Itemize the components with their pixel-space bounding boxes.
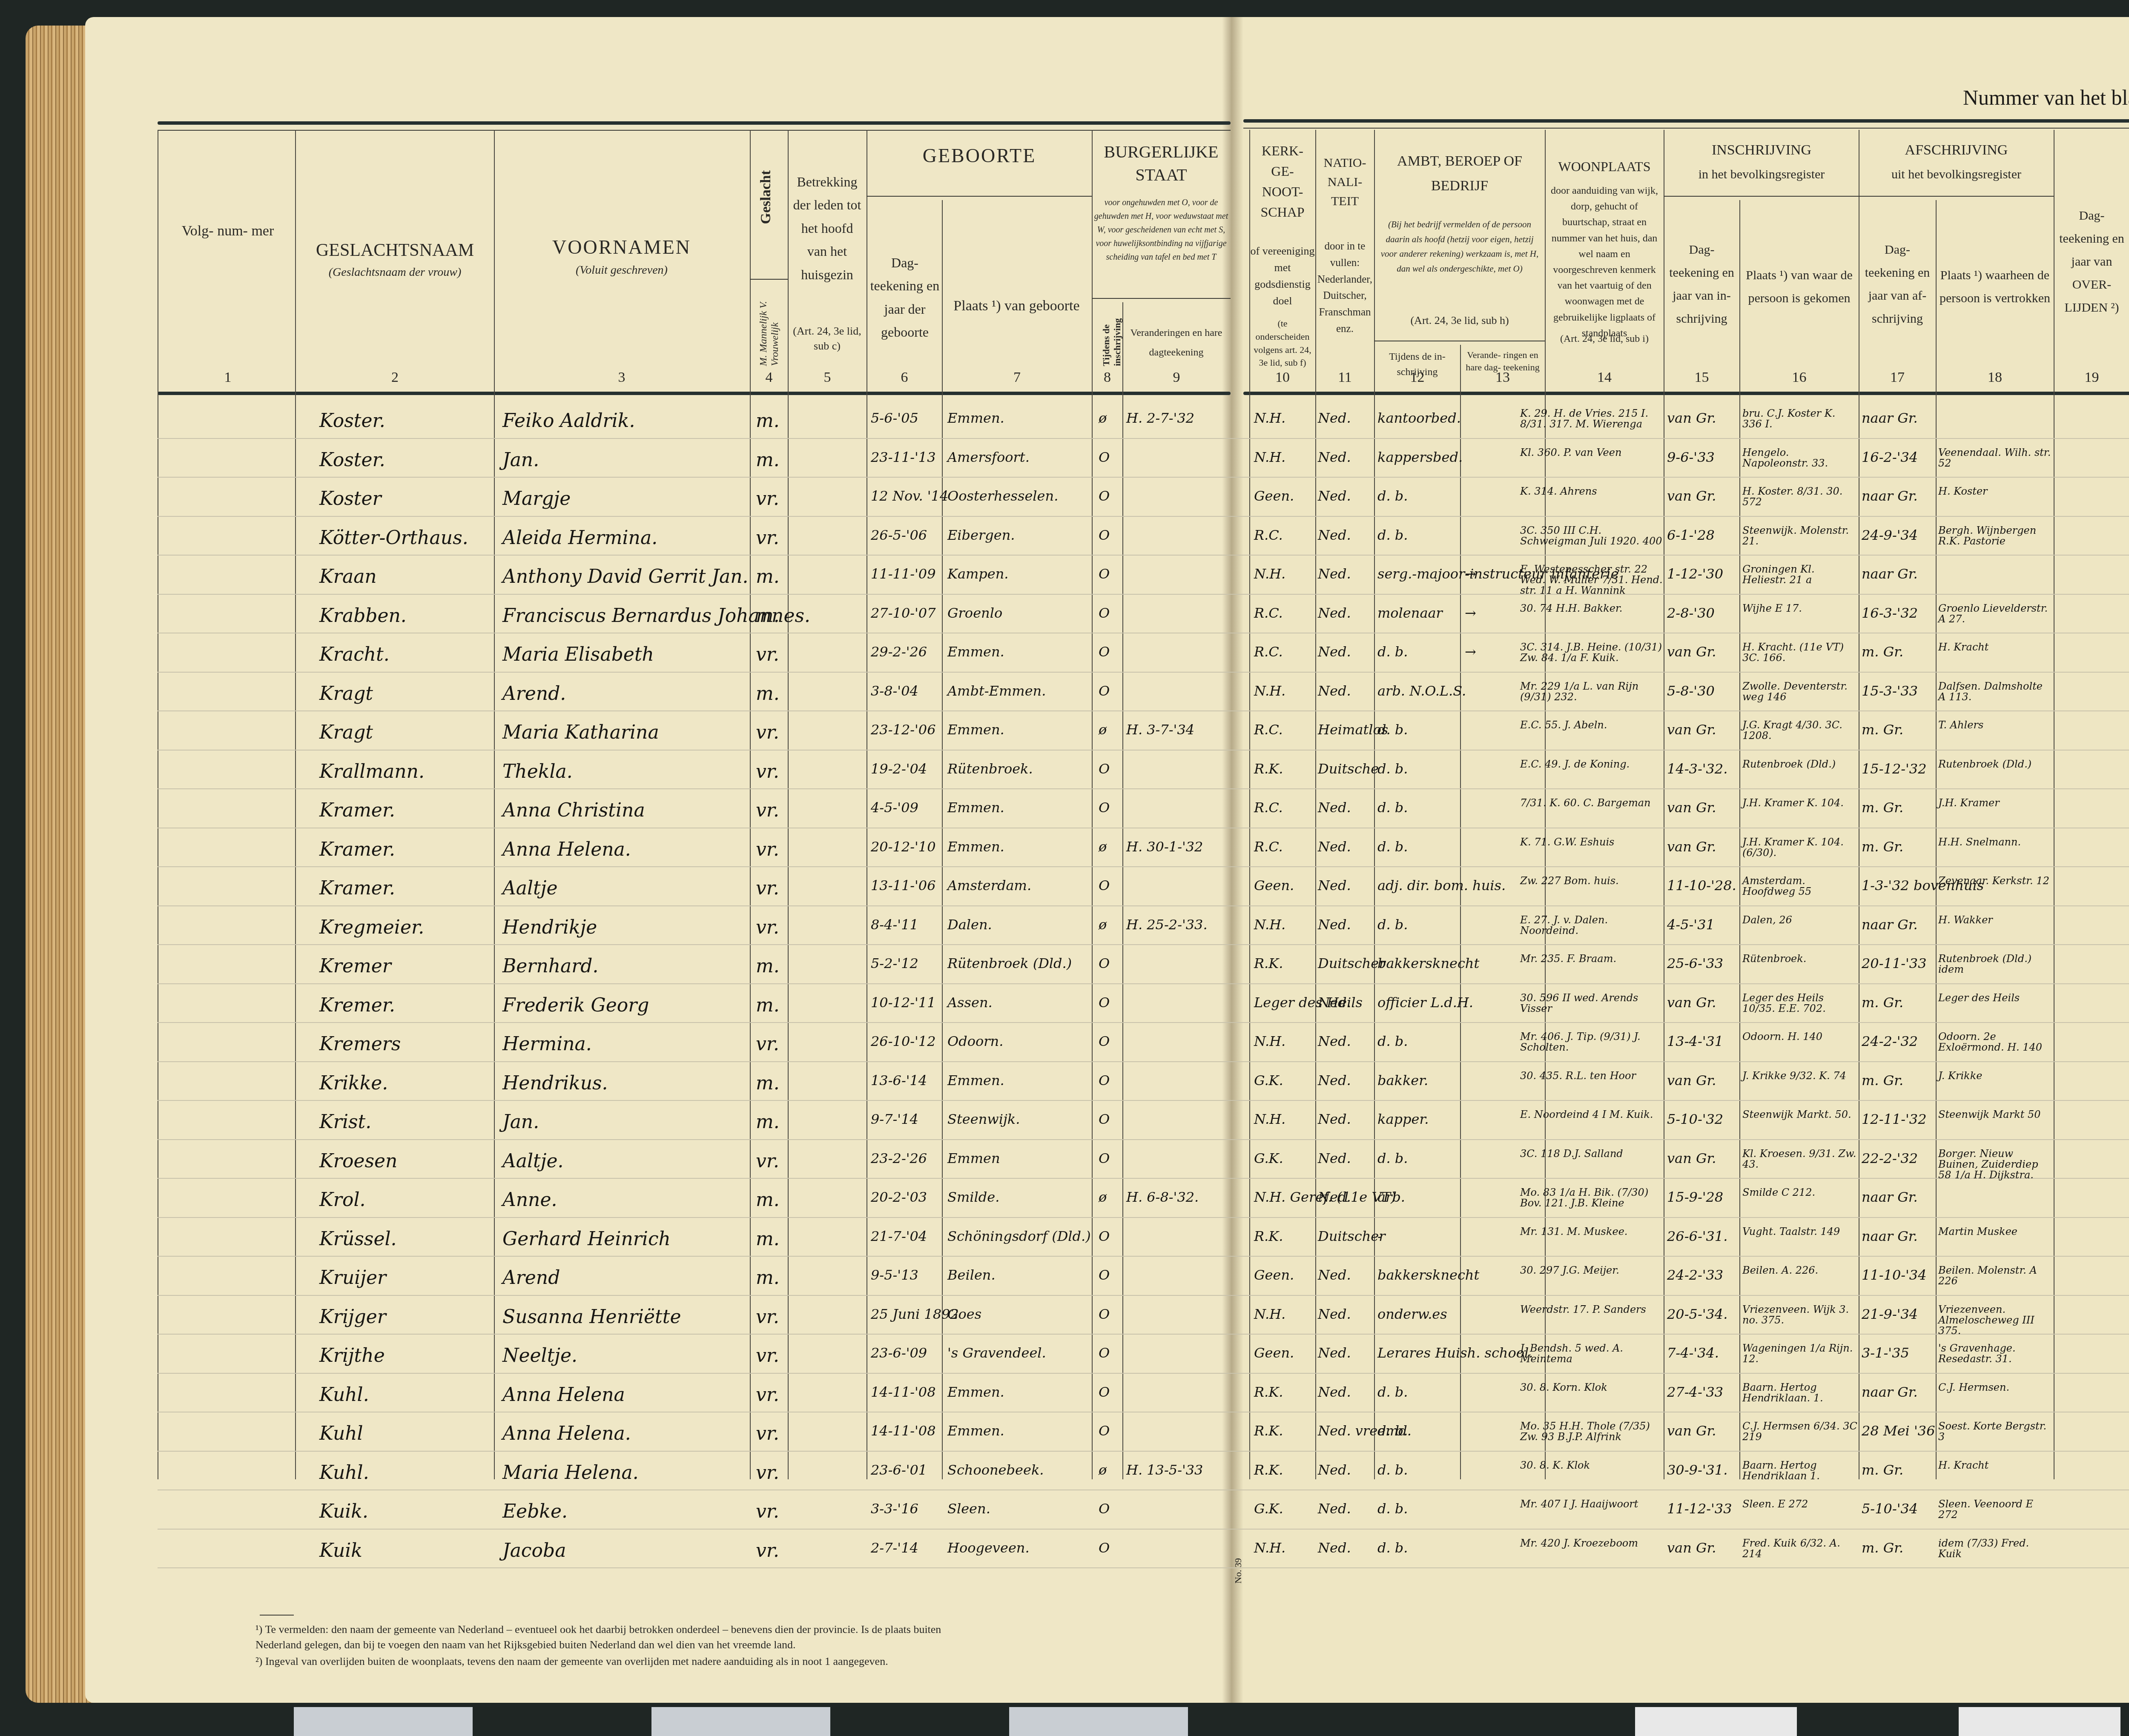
col-line: [1664, 130, 1664, 1479]
cell-job: d. b.: [1377, 1033, 1408, 1049]
cell-church: N.H.: [1254, 1306, 1285, 1322]
cell-in-date: 9-6-'33: [1667, 449, 1715, 465]
cell-sex: vr.: [756, 1423, 779, 1444]
cell-birth-place: Kampen.: [947, 566, 1009, 582]
cell-in-date: 25-6-'33: [1667, 955, 1723, 971]
cell-church: R.C.: [1254, 527, 1283, 543]
cell-given: Hermina.: [502, 1033, 592, 1055]
cell-sex: m.: [756, 605, 780, 627]
cell-civil: O: [1099, 605, 1110, 621]
cell-birth-place: Ambt-Emmen.: [947, 683, 1046, 699]
cell-residence: Mr. 229 1/a L. van Rijn (9/31) 232.: [1520, 681, 1663, 702]
cell-civil: O: [1099, 877, 1110, 894]
cell-job: d. b.: [1377, 761, 1408, 777]
cell-residence: 3C. 350 III C.H. Schweigman Juli 1920. 4…: [1520, 525, 1663, 547]
cell-birth-place: Goes: [947, 1306, 981, 1322]
cell-out-place: Leger des Heils: [1938, 993, 2020, 1003]
cell-job: d. b.: [1377, 1540, 1408, 1556]
cell-church: Geen.: [1254, 488, 1294, 504]
cell-in-place: Sleen. E 272: [1742, 1499, 1808, 1510]
cell-residence: J. Bendsh. 5 wed. A. Meintema: [1520, 1343, 1663, 1364]
cell-in-date: 20-5-'34.: [1667, 1306, 1727, 1322]
cell-out-date: naar Gr.: [1862, 917, 1918, 933]
cell-in-date: 26-6-'31.: [1667, 1228, 1727, 1244]
cell-job: d. b.: [1377, 1423, 1408, 1439]
cell-residence: 30. 435. R.L. ten Hoor: [1520, 1071, 1636, 1081]
cell-sex: vr.: [756, 761, 779, 782]
cell-residence: E. 27. J. v. Dalen. Noordeind.: [1520, 915, 1663, 936]
cell-out-place: Soest. Korte Bergstr. 3: [1938, 1421, 2053, 1442]
cell-birth-date: 14-11-'08: [871, 1423, 936, 1439]
cell-in-date: van Gr.: [1667, 1540, 1716, 1556]
cell-job-change: →: [1465, 644, 1476, 660]
cell-surname: Kramer.: [319, 839, 395, 860]
print-mark: No. 39: [1233, 1558, 1244, 1584]
cell-out-place: C.J. Hermsen.: [1938, 1382, 2009, 1393]
header-voornamen: VOORNAMEN: [496, 234, 747, 261]
cell-in-date: 11-10-'28.: [1667, 877, 1736, 894]
cell-church: N.H.: [1254, 917, 1285, 933]
cell-in-place: Vught. Taalstr. 149: [1742, 1226, 1840, 1237]
header-top-rule-left: [158, 121, 1231, 125]
cell-nat: Ned.: [1318, 1267, 1351, 1283]
cell-in-date: 14-3-'32.: [1667, 761, 1727, 777]
col-num-19: 19: [2054, 370, 2129, 386]
cell-given: Aaltje.: [502, 1150, 563, 1172]
header-geslacht: Geslacht: [758, 170, 774, 224]
cell-birth-date: 8-4-'11: [871, 917, 918, 933]
cell-in-place: Wageningen 1/a Rijn. 12.: [1742, 1343, 1857, 1364]
cell-civil: O: [1099, 1150, 1110, 1166]
header-inschrijving-dag: Dag- teekening en jaar van in- schrijvin…: [1664, 238, 1739, 330]
cell-birth-place: Emmen.: [947, 1072, 1004, 1089]
header-geboorte-dag: Dag- teekening en jaar der geboorte: [869, 251, 941, 344]
col-num-8: 8: [1093, 370, 1122, 386]
header-inschrijving: INSCHRIJVING: [1665, 140, 1858, 160]
header-burgerlijke-staat: BURGERLIJKE STAAT: [1093, 140, 1229, 186]
cell-birth-date: 23-11-'13: [871, 449, 936, 465]
cell-out-date: 5-10-'34: [1862, 1501, 1918, 1517]
header-tijdens-inschrijving: Tijdens de inschrijving: [1101, 307, 1123, 366]
ruled-line: [158, 1100, 2129, 1101]
footnote-rule: [260, 1615, 294, 1616]
cell-civil: O: [1099, 799, 1110, 816]
cell-given: Anna Helena.: [502, 1423, 631, 1444]
col-num-18: 18: [1937, 370, 2053, 386]
cell-in-place: Rütenbroek.: [1742, 954, 1807, 964]
cell-civil-change: H. 30-1-'32: [1126, 839, 1203, 855]
cell-out-date: 15-3-'33: [1862, 683, 1918, 699]
cell-out-place: Rutenbroek (Dld.) idem: [1938, 954, 2053, 975]
cell-out-date: m. Gr.: [1862, 722, 1903, 738]
cell-birth-place: Assen.: [947, 994, 993, 1011]
cell-in-date: 4-5-'31: [1667, 917, 1715, 933]
cell-given: Anne.: [502, 1189, 557, 1211]
cell-birth-place: Dalen.: [947, 917, 992, 933]
cell-out-date: 24-2-'32: [1862, 1033, 1918, 1049]
cell-in-place: Leger des Heils 10/35. E.E. 702.: [1742, 993, 1857, 1014]
cell-sex: m.: [756, 1267, 780, 1289]
cell-birth-place: Steenwijk.: [947, 1111, 1020, 1127]
cell-out-place: H. Kracht: [1938, 1460, 1988, 1471]
header-afschrijving-sub: uit het bevolkingsregister: [1859, 166, 2053, 183]
cell-birth-date: 5-6-'05: [871, 410, 918, 426]
cell-surname: Kramer.: [319, 877, 395, 899]
cell-given: Bernhard.: [502, 955, 599, 977]
cell-birth-place: Emmen.: [947, 644, 1004, 660]
cell-birth-date: 23-12-'06: [871, 722, 936, 738]
cell-church: N.H.: [1254, 1540, 1285, 1556]
cell-out-date: m. Gr.: [1862, 1462, 1903, 1478]
cell-nat: Ned.: [1318, 1072, 1351, 1089]
cell-out-date: m. Gr.: [1862, 839, 1903, 855]
cell-birth-date: 23-6-'09: [871, 1345, 927, 1361]
cell-given: Hendrikje: [502, 917, 597, 938]
cell-nat: Ned.: [1318, 1384, 1351, 1400]
cell-job: kappersbed.: [1377, 449, 1463, 465]
header-woonplaats-sub: door aanduiding van wijk, dorp, gehucht …: [1547, 183, 1662, 341]
cell-surname: Kuik.: [319, 1501, 368, 1522]
header-ambt-art: (Art. 24, 3e lid, sub h): [1375, 313, 1544, 328]
cell-in-place: Steenwijk Markt. 50.: [1742, 1109, 1851, 1120]
cell-job: onderw.es: [1377, 1306, 1447, 1322]
cell-job: adj. dir. bom. huis.: [1377, 877, 1506, 894]
cell-civil-change: H. 13-5-'33: [1126, 1462, 1203, 1478]
cell-sex: m.: [756, 994, 780, 1016]
cell-job: d. b.: [1377, 1150, 1408, 1166]
cell-residence: 30. 74 H.H. Bakker.: [1520, 603, 1622, 614]
header-ambt-note: (Bij het bedrijf vermelden of de persoon…: [1377, 217, 1542, 276]
col-num-3: 3: [496, 370, 747, 386]
scale-bar-patch: [1959, 1707, 2120, 1736]
cell-out-place: Veenendaal. Wilh. str. 52: [1938, 447, 2053, 469]
cell-nat: Ned.: [1318, 683, 1351, 699]
cell-in-place: H. Kracht. (11e VT) 3C. 166.: [1742, 642, 1857, 663]
header-top-thin-left: [158, 130, 1231, 131]
cell-in-date: van Gr.: [1667, 799, 1716, 816]
cell-birth-date: 29-2-'26: [871, 644, 927, 660]
cell-civil-change: H. 25-2-'33.: [1126, 917, 1208, 933]
ruled-line: [158, 438, 2129, 439]
cell-sex: vr.: [756, 722, 779, 743]
cell-out-date: m. Gr.: [1862, 644, 1903, 660]
header-geslachtsnaam-sub: (Geslachtsnaam der vrouw): [329, 266, 462, 279]
inschrijving-sub-rule: [1664, 196, 2054, 197]
cell-given: Maria Helena.: [502, 1462, 639, 1484]
cell-church: G.K.: [1254, 1072, 1283, 1089]
col-num-7: 7: [943, 370, 1091, 386]
cell-in-place: bru. C.J. Koster K. 336 I.: [1742, 408, 1857, 430]
cell-church: R.C.: [1254, 799, 1283, 816]
cell-nat: Ned.: [1318, 1540, 1351, 1556]
ledger-scan: Nummer van het blad Volg- num- mer GESLA…: [0, 0, 2129, 1736]
cell-in-place: Odoorn. H. 140: [1742, 1031, 1822, 1042]
cell-nat: Ned.: [1318, 799, 1351, 816]
cell-job: molenaar: [1377, 605, 1443, 621]
header-burgerlijke-staat-note: voor ongehuwden met O, voor de gehuwden …: [1093, 196, 1229, 264]
cell-in-place: J. Krikke 9/32. K. 74: [1742, 1071, 1846, 1081]
cell-in-date: van Gr.: [1667, 1072, 1716, 1089]
cell-birth-date: 13-11-'06: [871, 877, 936, 894]
cell-nat: Duitscher: [1318, 1228, 1386, 1244]
col-num-5: 5: [789, 370, 866, 386]
cell-church: R.C.: [1254, 644, 1283, 660]
cell-in-place: J.H. Kramer K. 104.: [1742, 798, 1844, 808]
cell-church: R.K.: [1254, 1462, 1283, 1478]
header-nationaliteit: NATIO- NALI- TEIT: [1316, 153, 1374, 211]
cell-job: d. b.: [1377, 722, 1408, 738]
cell-surname: Krikke.: [319, 1072, 388, 1094]
cell-nat: Ned.: [1318, 410, 1351, 426]
cell-residence: 3C. 314. J.B. Heine. (10/31) Zw. 84. 1/a…: [1520, 642, 1663, 663]
cell-job: bakkersknecht: [1377, 955, 1479, 971]
ruled-line: [158, 1295, 2129, 1296]
cell-nat: Ned.: [1318, 449, 1351, 465]
cell-job: d. b.: [1377, 527, 1408, 543]
header-inschrijving-sub: in het bevolkingsregister: [1665, 166, 1858, 183]
cell-surname: Kragt: [319, 722, 373, 743]
col-num-9: 9: [1123, 370, 1230, 386]
cell-in-place: Baarn. Hertog Hendriklaan. 1.: [1742, 1382, 1857, 1404]
header-kerkgenootschap-sub: of vereeniging met godsdienstig doel: [1250, 243, 1315, 309]
header-woonplaats: WOONPLAATS: [1546, 158, 1663, 176]
cell-in-date: 1-12-'30: [1667, 566, 1723, 582]
cell-out-date: 28 Mei '36: [1862, 1423, 1935, 1439]
cell-surname: Krijthe: [319, 1345, 385, 1366]
cell-civil: O: [1099, 1540, 1110, 1556]
cell-surname: Kuhl.: [319, 1462, 369, 1484]
cell-nat: Duitsche: [1318, 761, 1379, 777]
cell-out-place: J.H. Kramer: [1938, 798, 2000, 808]
cell-surname: Krijger: [319, 1306, 386, 1328]
cell-in-date: 13-4-'31: [1667, 1033, 1723, 1049]
cell-church: R.C.: [1254, 839, 1283, 855]
cell-birth-date: 10-12-'11: [871, 994, 936, 1011]
cell-out-place: Steenwijk Markt 50: [1938, 1109, 2041, 1120]
ruled-line: [158, 633, 2129, 633]
header-afschrijving-dag: Dag- teekening en jaar van af- schrijvin…: [1859, 238, 1935, 330]
col-line: [867, 130, 867, 1479]
cell-out-date: 12-11-'32: [1862, 1111, 1927, 1127]
header-top-thin-right: [1243, 128, 2129, 129]
cell-given: Maria Katharina: [502, 722, 659, 743]
header-veranderingen: Veranderingen en hare dagteekening: [1124, 324, 1228, 362]
ruled-line: [158, 1490, 2129, 1490]
cell-church: R.K.: [1254, 1228, 1283, 1244]
header-betrekking-sub: (Art. 24, 3e lid, sub c): [790, 324, 864, 353]
cell-nat: Ned.: [1318, 1150, 1351, 1166]
cell-given: Susanna Henriëtte: [502, 1306, 681, 1328]
cell-given: Aaltje: [502, 877, 557, 899]
footnote-1: ¹) Te vermelden: den naam der gemeente v…: [255, 1622, 979, 1653]
cell-birth-date: 26-5-'06: [871, 527, 927, 543]
cell-out-date: naar Gr.: [1862, 566, 1918, 582]
cell-out-place: H. Kracht: [1938, 642, 1988, 653]
cell-in-date: van Gr.: [1667, 1423, 1716, 1439]
cell-sex: vr.: [756, 1384, 779, 1406]
cell-birth-place: Emmen.: [947, 1423, 1004, 1439]
burgerlijke-sub-rule: [1092, 298, 1231, 299]
cell-civil: O: [1099, 566, 1110, 582]
cell-in-place: H. Koster. 8/31. 30. 572: [1742, 486, 1857, 507]
ruled-line: [158, 905, 2129, 906]
cell-birth-place: Emmen.: [947, 839, 1004, 855]
ruled-line: [158, 1139, 2129, 1140]
cell-job-change: →: [1465, 605, 1476, 621]
cell-sex: m.: [756, 683, 780, 705]
cell-birth-date: 27-10-'07: [871, 605, 936, 621]
cell-residence: Mr. 420 J. Kroezeboom: [1520, 1538, 1638, 1549]
cell-birth-date: 3-8-'04: [871, 683, 918, 699]
cell-surname: Kraan: [319, 566, 377, 587]
ruled-line: [158, 594, 2129, 595]
cell-civil: O: [1099, 1306, 1110, 1322]
cell-civil: O: [1099, 1384, 1110, 1400]
cell-sex: vr.: [756, 839, 779, 860]
cell-in-place: J.H. Kramer K. 104. (6/30).: [1742, 837, 1857, 858]
scale-bar-patch: [294, 1707, 473, 1736]
cell-given: Anna Helena.: [502, 839, 631, 860]
header-geboorte: GEBOORTE: [869, 143, 1090, 169]
cell-out-place: Sleen. Veenoord E 272: [1938, 1499, 2053, 1520]
cell-civil: O: [1099, 994, 1110, 1011]
cell-job: d. b.: [1377, 917, 1408, 933]
ruled-line: [158, 1256, 2129, 1257]
cell-in-place: Rutenbroek (Dld.): [1742, 759, 1836, 770]
cell-residence: Mr. 406. J. Tip. (9/31) J. Scholten.: [1520, 1031, 1663, 1053]
cell-given: Anna Christina: [502, 799, 645, 821]
cell-out-date: naar Gr.: [1862, 410, 1918, 426]
cell-residence: K. 71. G.W. Eshuis: [1520, 837, 1614, 848]
cell-surname: Kracht.: [319, 644, 390, 665]
cell-birth-date: 19-2-'04: [871, 761, 927, 777]
cell-in-date: 5-10-'32: [1667, 1111, 1723, 1127]
cell-church: Geen.: [1254, 877, 1294, 894]
cell-civil: O: [1099, 955, 1110, 971]
cell-church: Geen.: [1254, 1267, 1294, 1283]
cell-church: N.H.: [1254, 1033, 1285, 1049]
cell-residence: 7/31. K. 60. C. Bargeman: [1520, 798, 1650, 808]
cell-sex: m.: [756, 1228, 780, 1250]
cell-in-place: J.G. Kragt 4/30. 3C. 1208.: [1742, 720, 1857, 741]
cell-nat: Ned.: [1318, 1189, 1351, 1205]
cell-given: Jacoba: [502, 1540, 566, 1561]
cell-job: d. b.: [1377, 644, 1408, 660]
cell-out-place: Rutenbroek (Dld.): [1938, 759, 2031, 770]
ambt-sub-rule: [1374, 341, 1545, 341]
col-line: [1460, 345, 1461, 1479]
cell-given: Aleida Hermina.: [502, 527, 657, 549]
cell-out-date: m. Gr.: [1862, 1072, 1903, 1089]
cell-birth-date: 14-11-'08: [871, 1384, 936, 1400]
cell-given: Eebke.: [502, 1501, 568, 1522]
cell-out-place: Dalfsen. Dalmsholte A 113.: [1938, 681, 2053, 702]
col-num-13: 13: [1461, 370, 1544, 386]
cell-out-place: J. Krikke: [1938, 1071, 1982, 1081]
cell-sex: vr.: [756, 644, 779, 665]
ruled-line: [158, 1334, 2129, 1335]
cell-out-date: 22-2-'32: [1862, 1150, 1918, 1166]
cell-in-place: Kl. Kroesen. 9/31. Zw. 43.: [1742, 1149, 1857, 1170]
cell-job: kapper.: [1377, 1111, 1429, 1127]
cell-birth-place: Amsterdam.: [947, 877, 1031, 894]
cell-birth-place: Emmen.: [947, 410, 1004, 426]
col-num-12: 12: [1375, 370, 1459, 386]
scale-bar-patch: [1009, 1707, 1188, 1736]
cell-job: d. b.: [1377, 799, 1408, 816]
cell-nat: Duitscher: [1318, 955, 1386, 971]
cell-residence: Mr. 407 I J. Haaijwoort: [1520, 1499, 1638, 1510]
ruled-line: [158, 672, 2129, 673]
col-num-15: 15: [1664, 370, 1739, 386]
ruled-line: [158, 1022, 2129, 1023]
header-betrekking: Betrekking der leden tot het hoofd van h…: [790, 170, 864, 286]
cell-out-date: 20-11-'33: [1862, 955, 1927, 971]
cell-birth-place: Amersfoort.: [947, 449, 1030, 465]
cell-birth-place: Odoorn.: [947, 1033, 1003, 1049]
cell-church: R.K.: [1254, 761, 1283, 777]
cell-out-place: H. Koster: [1938, 486, 1988, 497]
cell-job: d. b.: [1377, 1384, 1408, 1400]
cell-in-date: van Gr.: [1667, 839, 1716, 855]
cell-surname: Kremers: [319, 1033, 401, 1055]
cell-sex: m.: [756, 1189, 780, 1211]
cell-birth-date: 23-6-'01: [871, 1462, 927, 1478]
cell-surname: Kremer.: [319, 994, 395, 1016]
cell-surname: Koster: [319, 488, 382, 510]
cell-surname: Krabben.: [319, 605, 407, 627]
cell-sex: vr.: [756, 1501, 779, 1522]
cell-surname: Krol.: [319, 1189, 365, 1211]
cell-civil: O: [1099, 683, 1110, 699]
cell-out-place: idem (7/33) Fred. Kuik: [1938, 1538, 2053, 1559]
cell-birth-place: Rütenbroek.: [947, 761, 1033, 777]
cell-surname: Krallmann.: [319, 761, 425, 782]
cell-job: d. b.: [1377, 1501, 1408, 1517]
cell-civil-change: H. 2-7-'32: [1126, 410, 1194, 426]
header-top-rule-right: [1243, 119, 2129, 123]
cell-birth-place: Schoonebeek.: [947, 1462, 1044, 1478]
geboorte-sub-rule: [867, 196, 1092, 197]
cell-given: Margje: [502, 488, 571, 510]
col-line: [295, 130, 296, 1479]
cell-civil: ø: [1099, 1189, 1107, 1205]
cell-out-place: Beilen. Molenstr. A 226: [1938, 1265, 2053, 1286]
cell-residence: 3C. 118 D.J. Salland: [1520, 1149, 1623, 1159]
col-line: [1859, 130, 1859, 1479]
cell-in-date: 5-8-'30: [1667, 683, 1715, 699]
header-afschrijving-plaats: Plaats ¹) waarheen de persoon is vertrok…: [1937, 264, 2053, 310]
cell-civil-change: H. 3-7-'34: [1126, 722, 1194, 738]
cell-sex: vr.: [756, 917, 779, 938]
col-line: [1122, 302, 1123, 1479]
header-inschrijving-plaats: Plaats ¹) van waar de persoon is gekomen: [1740, 264, 1858, 310]
cell-civil: O: [1099, 527, 1110, 543]
header-volgnummer: Volg- num- mer: [162, 221, 294, 241]
cell-out-date: 16-3-'32: [1862, 605, 1918, 621]
cell-surname: Koster.: [319, 410, 385, 432]
cell-surname: Krist.: [319, 1111, 371, 1133]
cell-residence: K. 29. H. de Vries. 215 I. 8/31. 317. M.…: [1520, 408, 1663, 430]
cell-in-date: van Gr.: [1667, 488, 1716, 504]
cell-residence: Mr. 235. F. Braam.: [1520, 954, 1616, 964]
cell-in-date: 27-4-'33: [1667, 1384, 1723, 1400]
cell-civil: ø: [1099, 410, 1107, 426]
cell-birth-place: Oosterhesselen.: [947, 488, 1058, 504]
cell-birth-place: Eibergen.: [947, 527, 1015, 543]
cell-surname: Koster.: [319, 449, 385, 471]
cell-birth-date: 9-5-'13: [871, 1267, 918, 1283]
